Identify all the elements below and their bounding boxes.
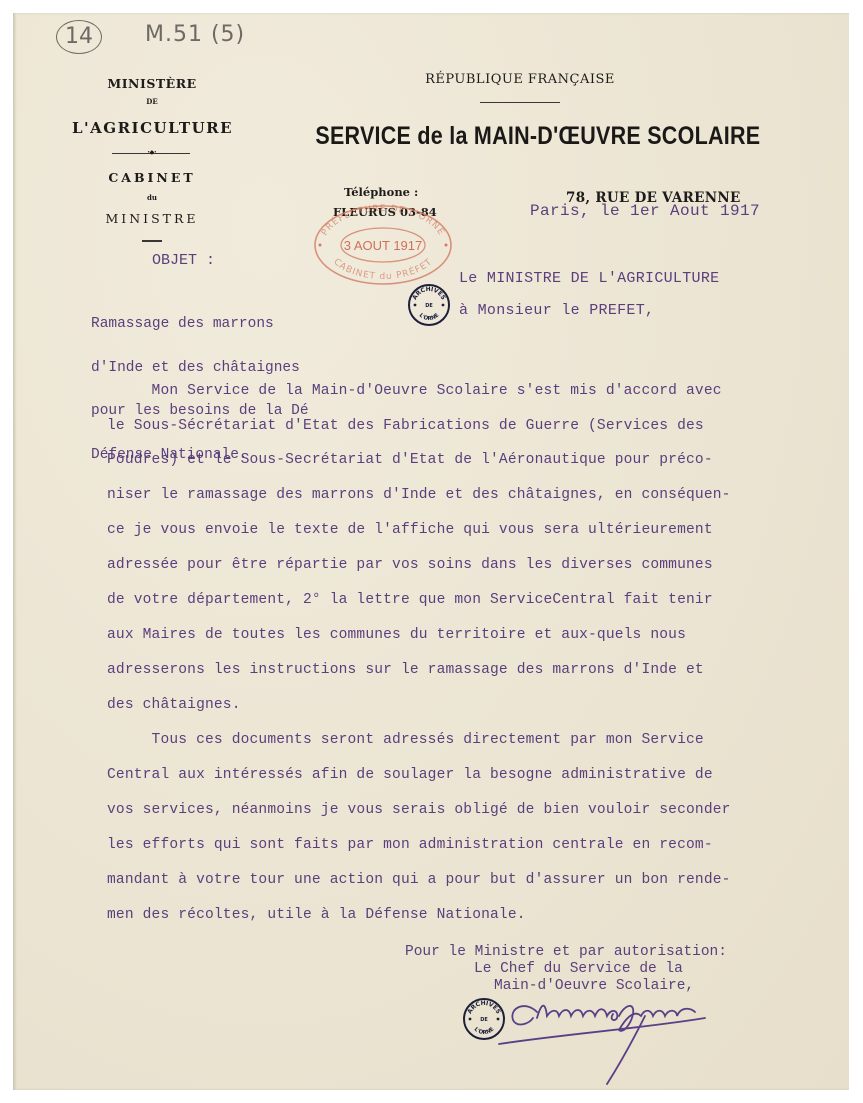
body-line: Poudres) et le Sous-Secrétariat d'Etat d… — [107, 452, 713, 468]
objet-line: pour les besoins de la Dé — [91, 404, 309, 419]
svg-text:DE: DE — [425, 303, 433, 309]
body-line: niser le ramassage des marrons d'Inde et… — [107, 487, 731, 503]
ministry-line2: DE — [72, 97, 232, 106]
ministry-line1: MINISTÈRE — [72, 76, 232, 91]
body-line: Central aux intéressés afin de soulager … — [107, 767, 713, 783]
body-line: Mon Service de la Main-d'Oeuvre Scolaire… — [107, 383, 722, 399]
archive-stamp: ARCHIVES L'ORNE DE — [407, 283, 451, 327]
body-line: de votre département, 2° la lettre que m… — [107, 592, 713, 608]
short-divider — [142, 240, 162, 242]
body-line: mandant à votre tour une action qui a po… — [107, 872, 731, 888]
cabinet-du: du — [72, 193, 232, 202]
folio-number: 14 — [56, 20, 102, 54]
body-line: ce je vous envoie le texte de l'affiche … — [107, 522, 713, 538]
archive-reference: M.51 (5) — [145, 22, 245, 47]
ornament-dots: •◆• — [143, 150, 161, 156]
closing-line: Le Chef du Service de la — [474, 961, 683, 977]
letter-date: Paris, le 1er Aout 1917 — [530, 202, 760, 220]
telephone-label: Téléphone : — [344, 185, 418, 199]
stamp-date: 3 AOUT 1917 — [344, 238, 423, 253]
recipient-line: à Monsieur le PREFET, — [459, 302, 654, 319]
republic-divider — [480, 102, 560, 103]
closing-line: Pour le Ministre et par autorisation: — [405, 944, 727, 960]
body-line: Tous ces documents seront adressés direc… — [107, 732, 704, 748]
objet-line: Ramassage des marrons — [91, 317, 309, 332]
handwritten-signature — [495, 990, 725, 1090]
body-line: adressée pour être répartie par vos soin… — [107, 557, 713, 573]
body-line: vos services, néanmoins je vous serais o… — [107, 802, 731, 818]
body-line: des châtaignes. — [107, 697, 241, 713]
body-line: les efforts qui sont faits par mon admin… — [107, 837, 713, 853]
received-stamp: PRÉFECTURE DE L'ORNE CABINET du PRÉFET 3… — [312, 203, 454, 287]
service-title: SERVICE de la MAIN-D'ŒUVRE SCOLAIRE — [315, 122, 749, 151]
svg-text:L'ORNE: L'ORNE — [473, 1026, 496, 1036]
body-line: le Sous-Sécrétariat d'Etat des Fabricati… — [107, 418, 704, 434]
body-line: men des récoltes, utile à la Défense Nat… — [107, 907, 526, 923]
sender-line: Le MINISTRE DE L'AGRICULTURE — [459, 270, 719, 287]
svg-text:DE: DE — [480, 1017, 488, 1023]
svg-text:PRÉFECTURE DE L'ORNE: PRÉFECTURE DE L'ORNE — [320, 204, 446, 238]
stamp-top-text: PRÉFECTURE DE L'ORNE — [320, 204, 446, 238]
ministry-name: L'AGRICULTURE — [72, 119, 232, 137]
body-line: aux Maires de toutes les communes du ter… — [107, 627, 686, 643]
objet-line: d'Inde et des châtaignes — [91, 361, 309, 376]
svg-text:L'ORNE: L'ORNE — [418, 312, 441, 322]
objet-label: OBJET : — [152, 252, 215, 269]
republic-heading: RÉPUBLIQUE FRANÇAISE — [420, 72, 620, 87]
body-line: adresserons les instructions sur le rama… — [107, 662, 704, 678]
cabinet-line: CABINET — [72, 170, 232, 185]
cabinet-ministre: MINISTRE — [72, 211, 232, 226]
